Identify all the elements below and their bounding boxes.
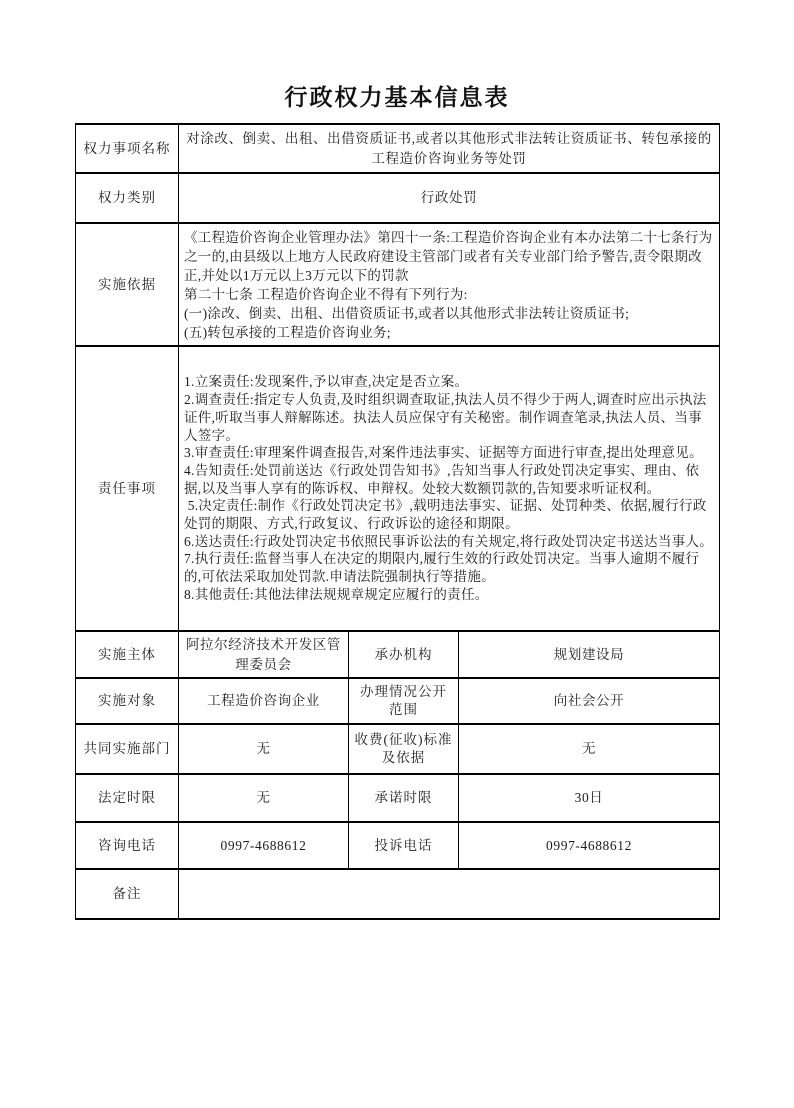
legal-time-limit-label: 法定时限 bbox=[76, 774, 179, 822]
document-title: 行政权力基本信息表 bbox=[0, 84, 794, 112]
fee-standard-value: 无 bbox=[459, 724, 720, 774]
basis-paragraph: 第二十七条 工程造价咨询企业不得有下列行为: bbox=[184, 285, 714, 304]
complaint-phone-label: 投诉电话 bbox=[349, 822, 459, 869]
responsibility-matters-label: 责任事项 bbox=[76, 346, 179, 631]
joint-implementation-dept-label: 共同实施部门 bbox=[76, 724, 179, 774]
implementation-basis-content: 《工程造价咨询企业管理办法》第四十一条:工程造价咨询企业有本办法第二十七条行为之… bbox=[179, 223, 720, 346]
basis-paragraph: 《工程造价咨询企业管理办法》第四十一条:工程造价咨询企业有本办法第二十七条行为之… bbox=[184, 228, 714, 285]
disclosure-scope-value: 向社会公开 bbox=[459, 678, 720, 724]
responsibility-item: 8.其他责任:其他法律法规规章规定应履行的责任。 bbox=[184, 586, 714, 604]
table-row: 权力类别 行政处罚 bbox=[76, 173, 720, 223]
power-item-name-label: 权力事项名称 bbox=[76, 124, 179, 173]
remarks-value bbox=[179, 869, 720, 919]
responsibility-item: 3.审查责任:审理案件调查报告,对案件违法事实、证据等方面进行审查,提出处理意见… bbox=[184, 444, 714, 462]
table-row: 备注 bbox=[76, 869, 720, 919]
consultation-phone-value: 0997-4688612 bbox=[179, 822, 349, 869]
power-category-value: 行政处罚 bbox=[179, 173, 720, 223]
admin-power-info-table: 权力事项名称 对涂改、倒卖、出租、出借资质证书,或者以其他形式非法转让资质证书、… bbox=[75, 123, 720, 920]
responsibility-matters-content: 1.立案责任:发现案件,予以审查,决定是否立案。 2.调查责任:指定专人负责,及… bbox=[179, 346, 720, 631]
implementation-basis-label: 实施依据 bbox=[76, 223, 179, 346]
implementing-body-label: 实施主体 bbox=[76, 631, 179, 678]
complaint-phone-value: 0997-4688612 bbox=[459, 822, 720, 869]
legal-time-limit-value: 无 bbox=[179, 774, 349, 822]
promised-time-limit-label: 承诺时限 bbox=[349, 774, 459, 822]
document-page: 行政权力基本信息表 权力事项名称 对涂改、倒卖、出租、出借资质证书,或者以其他形… bbox=[0, 0, 794, 1108]
consultation-phone-label: 咨询电话 bbox=[76, 822, 179, 869]
responsibility-item: 5.决定责任:制作《行政处罚决定书》,载明违法事实、证据、处罚种类、依据,履行行… bbox=[184, 497, 714, 532]
table-row: 实施对象 工程造价咨询企业 办理情况公开范围 向社会公开 bbox=[76, 678, 720, 724]
table-row: 实施主体 阿拉尔经济技术开发区管理委员会 承办机构 规划建设局 bbox=[76, 631, 720, 678]
responsibility-item: 2.调查责任:指定专人负责,及时组织调查取证,执法人员不得少于两人,调查时应出示… bbox=[184, 391, 714, 444]
fee-standard-label: 收费(征收)标准及依据 bbox=[349, 724, 459, 774]
responsibility-item: 7.执行责任:监督当事人在决定的期限内,履行生效的行政处罚决定。当事人逾期不履行… bbox=[184, 550, 714, 585]
implementing-body-value: 阿拉尔经济技术开发区管理委员会 bbox=[179, 631, 349, 678]
table-row: 责任事项 1.立案责任:发现案件,予以审查,决定是否立案。 2.调查责任:指定专… bbox=[76, 346, 720, 631]
power-category-label: 权力类别 bbox=[76, 173, 179, 223]
table-row: 实施依据 《工程造价咨询企业管理办法》第四十一条:工程造价咨询企业有本办法第二十… bbox=[76, 223, 720, 346]
undertaking-agency-label: 承办机构 bbox=[349, 631, 459, 678]
power-item-name-value: 对涂改、倒卖、出租、出借资质证书,或者以其他形式非法转让资质证书、转包承接的工程… bbox=[179, 124, 720, 173]
joint-implementation-dept-value: 无 bbox=[179, 724, 349, 774]
implementation-target-label: 实施对象 bbox=[76, 678, 179, 724]
responsibility-item: 1.立案责任:发现案件,予以审查,决定是否立案。 bbox=[184, 373, 714, 391]
table-row: 咨询电话 0997-4688612 投诉电话 0997-4688612 bbox=[76, 822, 720, 869]
promised-time-limit-value: 30日 bbox=[459, 774, 720, 822]
basis-paragraph: (五)转包承接的工程造价咨询业务; bbox=[184, 323, 714, 342]
disclosure-scope-label: 办理情况公开范围 bbox=[349, 678, 459, 724]
table-row: 法定时限 无 承诺时限 30日 bbox=[76, 774, 720, 822]
basis-paragraph: (一)涂改、倒卖、出租、出借资质证书,或者以其他形式非法转让资质证书; bbox=[184, 304, 714, 323]
implementation-target-value: 工程造价咨询企业 bbox=[179, 678, 349, 724]
responsibility-item: 4.告知责任:处罚前送达《行政处罚告知书》,告知当事人行政处罚决定事实、理由、依… bbox=[184, 462, 714, 497]
undertaking-agency-value: 规划建设局 bbox=[459, 631, 720, 678]
responsibility-item: 6.送达责任:行政处罚决定书依照民事诉讼法的有关规定,将行政处罚决定书送达当事人… bbox=[184, 533, 714, 551]
table-row: 共同实施部门 无 收费(征收)标准及依据 无 bbox=[76, 724, 720, 774]
table-row: 权力事项名称 对涂改、倒卖、出租、出借资质证书,或者以其他形式非法转让资质证书、… bbox=[76, 124, 720, 173]
remarks-label: 备注 bbox=[76, 869, 179, 919]
